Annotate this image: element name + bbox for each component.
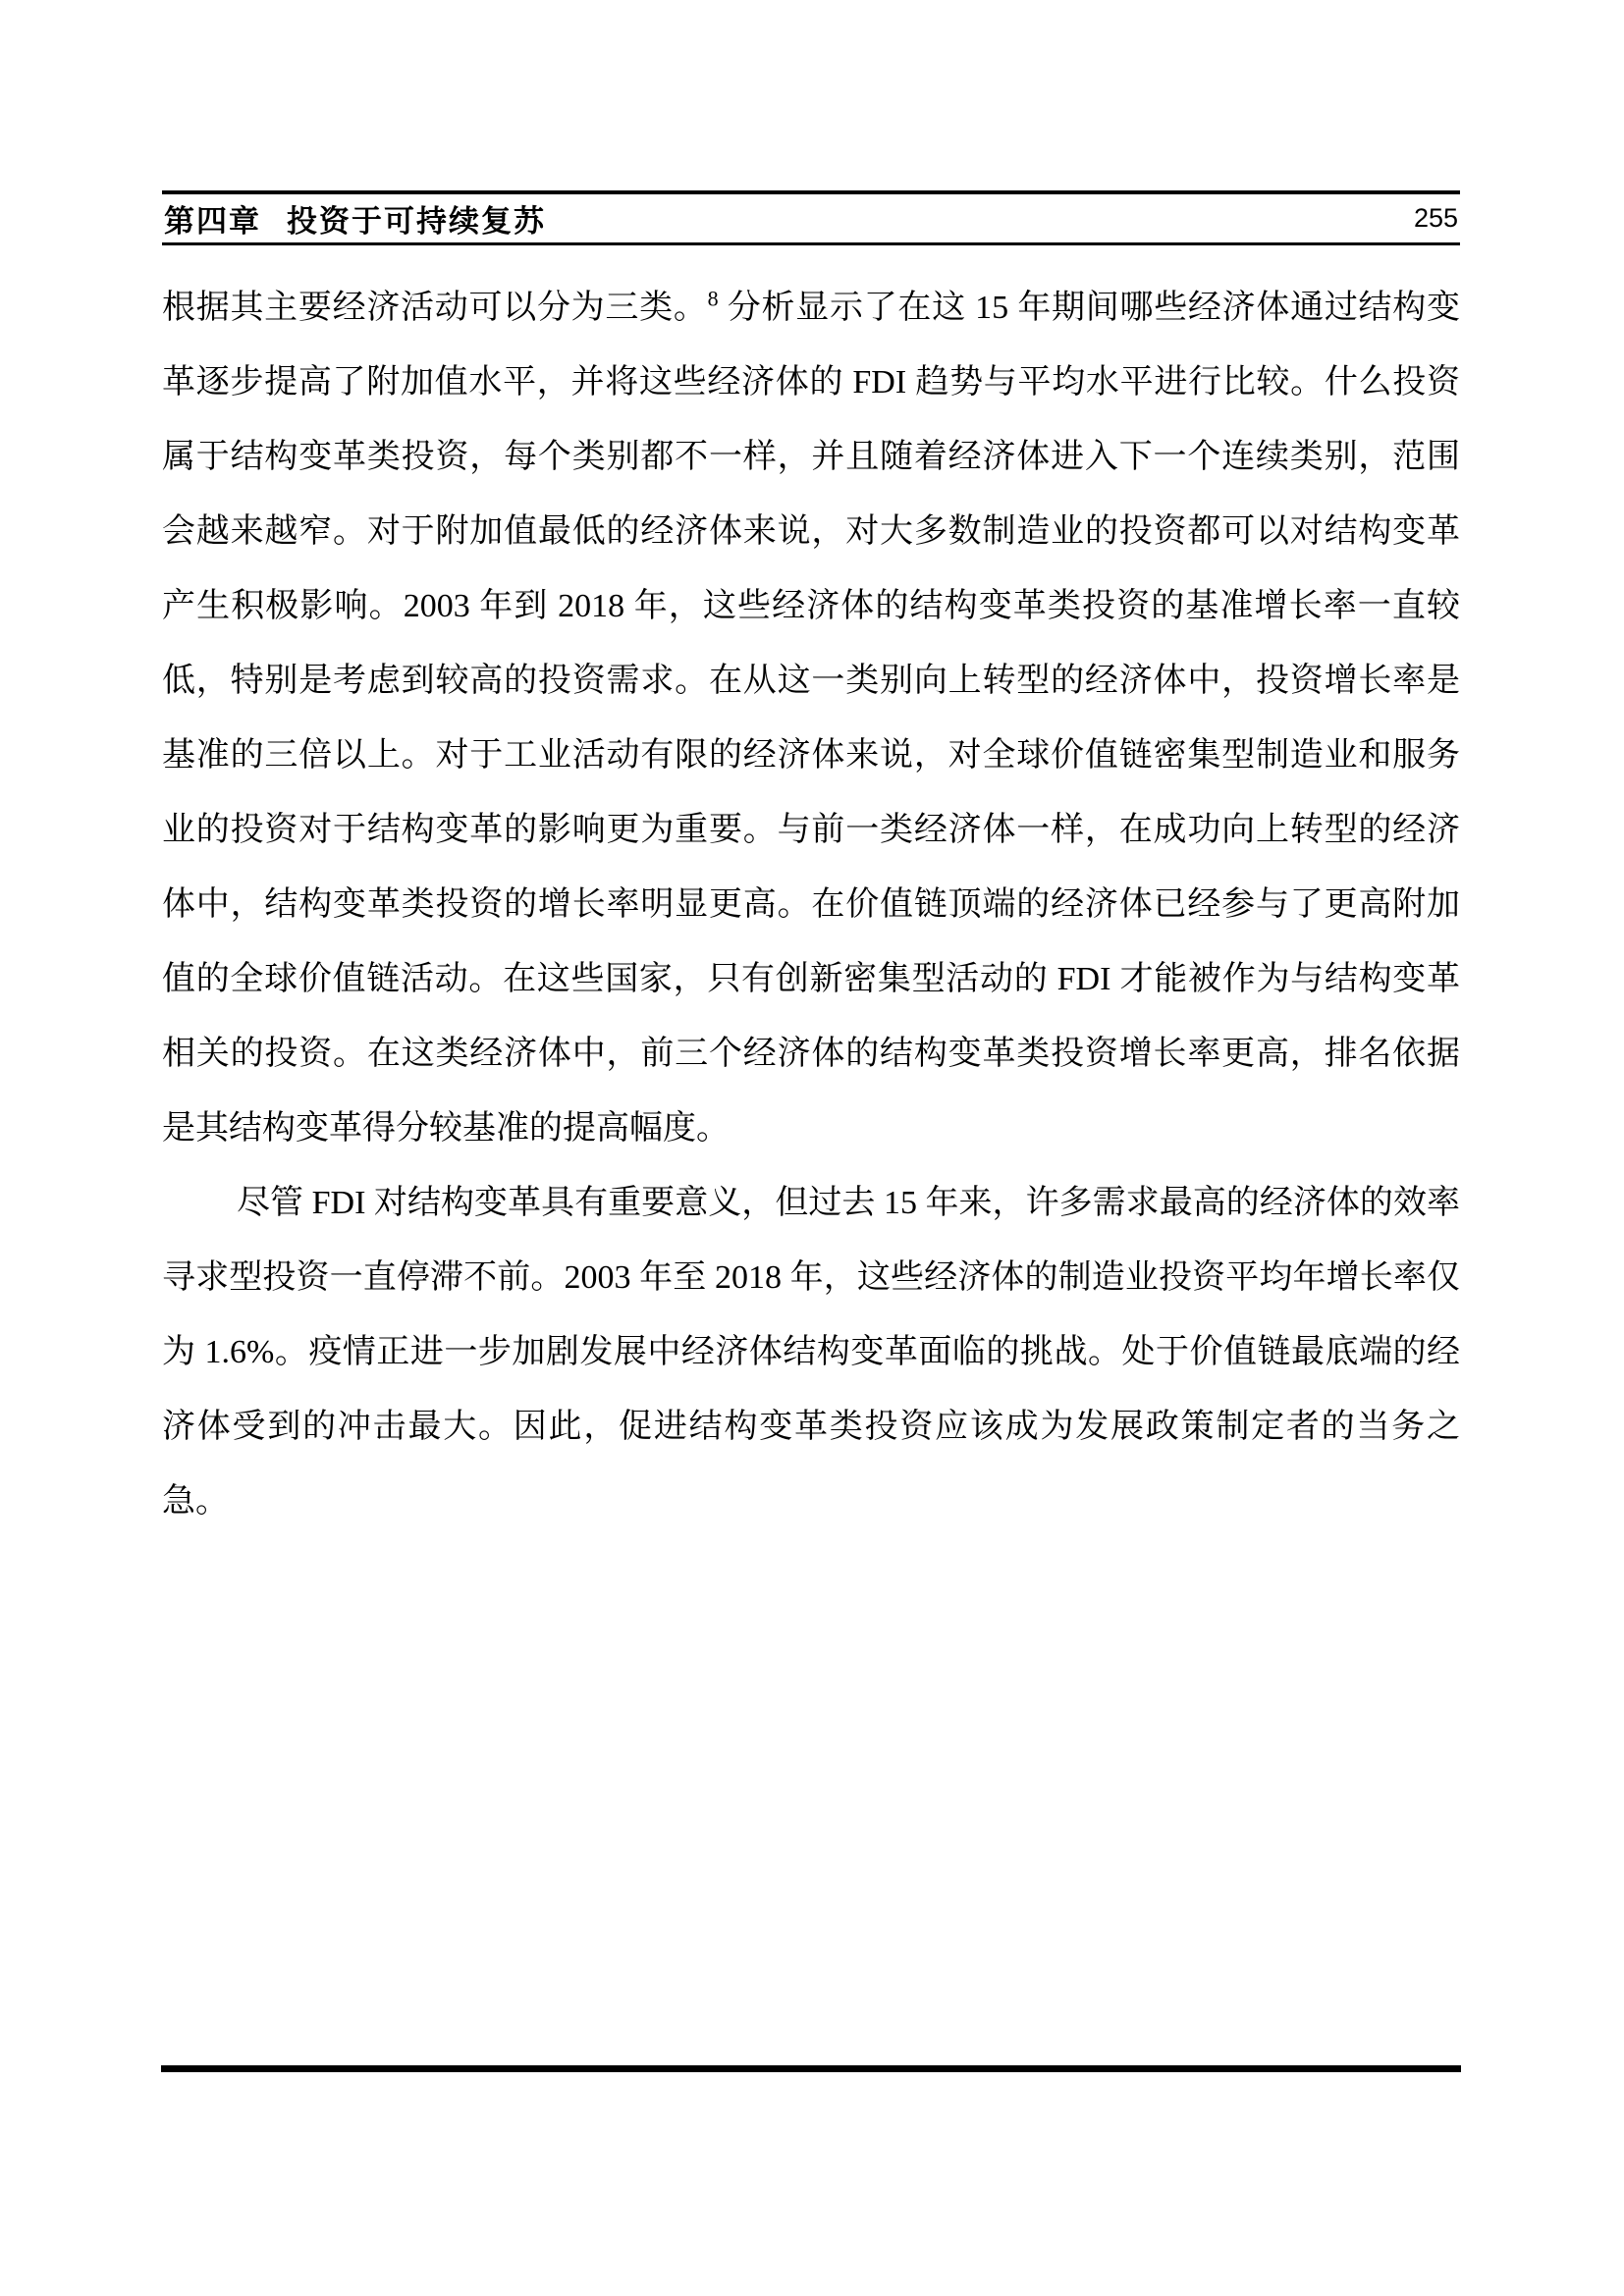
footer-rule [161,2065,1461,2072]
body-text: 根据其主要经济活动可以分为三类。8 分析显示了在这 15 年期间哪些经济体通过结… [162,271,1460,1539]
chapter-title: 投资于可持续复苏 [287,204,546,239]
page-header: 第四章投资于可持续复苏 255 [162,190,1460,245]
chapter-heading: 第四章投资于可持续复苏 [164,196,546,240]
paragraph-1-lead: 根据其主要经济活动可以分为三类。 [162,290,708,326]
paragraph-2: 尽管 FDI 对结构变革具有重要意义，但过去 15 年来，许多需求最高的经济体的… [162,1166,1460,1539]
document-page: 第四章投资于可持续复苏 255 根据其主要经济活动可以分为三类。8 分析显示了在… [0,0,1624,2296]
footnote-marker-8: 8 [708,287,719,311]
paragraph-1: 根据其主要经济活动可以分为三类。8 分析显示了在这 15 年期间哪些经济体通过结… [162,271,1460,1166]
chapter-label: 第四章 [164,204,261,239]
header-row: 第四章投资于可持续复苏 255 [162,194,1460,242]
page-number: 255 [1414,203,1458,234]
paragraph-1-rest: 分析显示了在这 15 年期间哪些经济体通过结构变革逐步提高了附加值水平，并将这些… [162,290,1460,1147]
header-rule-bottom [162,242,1460,245]
